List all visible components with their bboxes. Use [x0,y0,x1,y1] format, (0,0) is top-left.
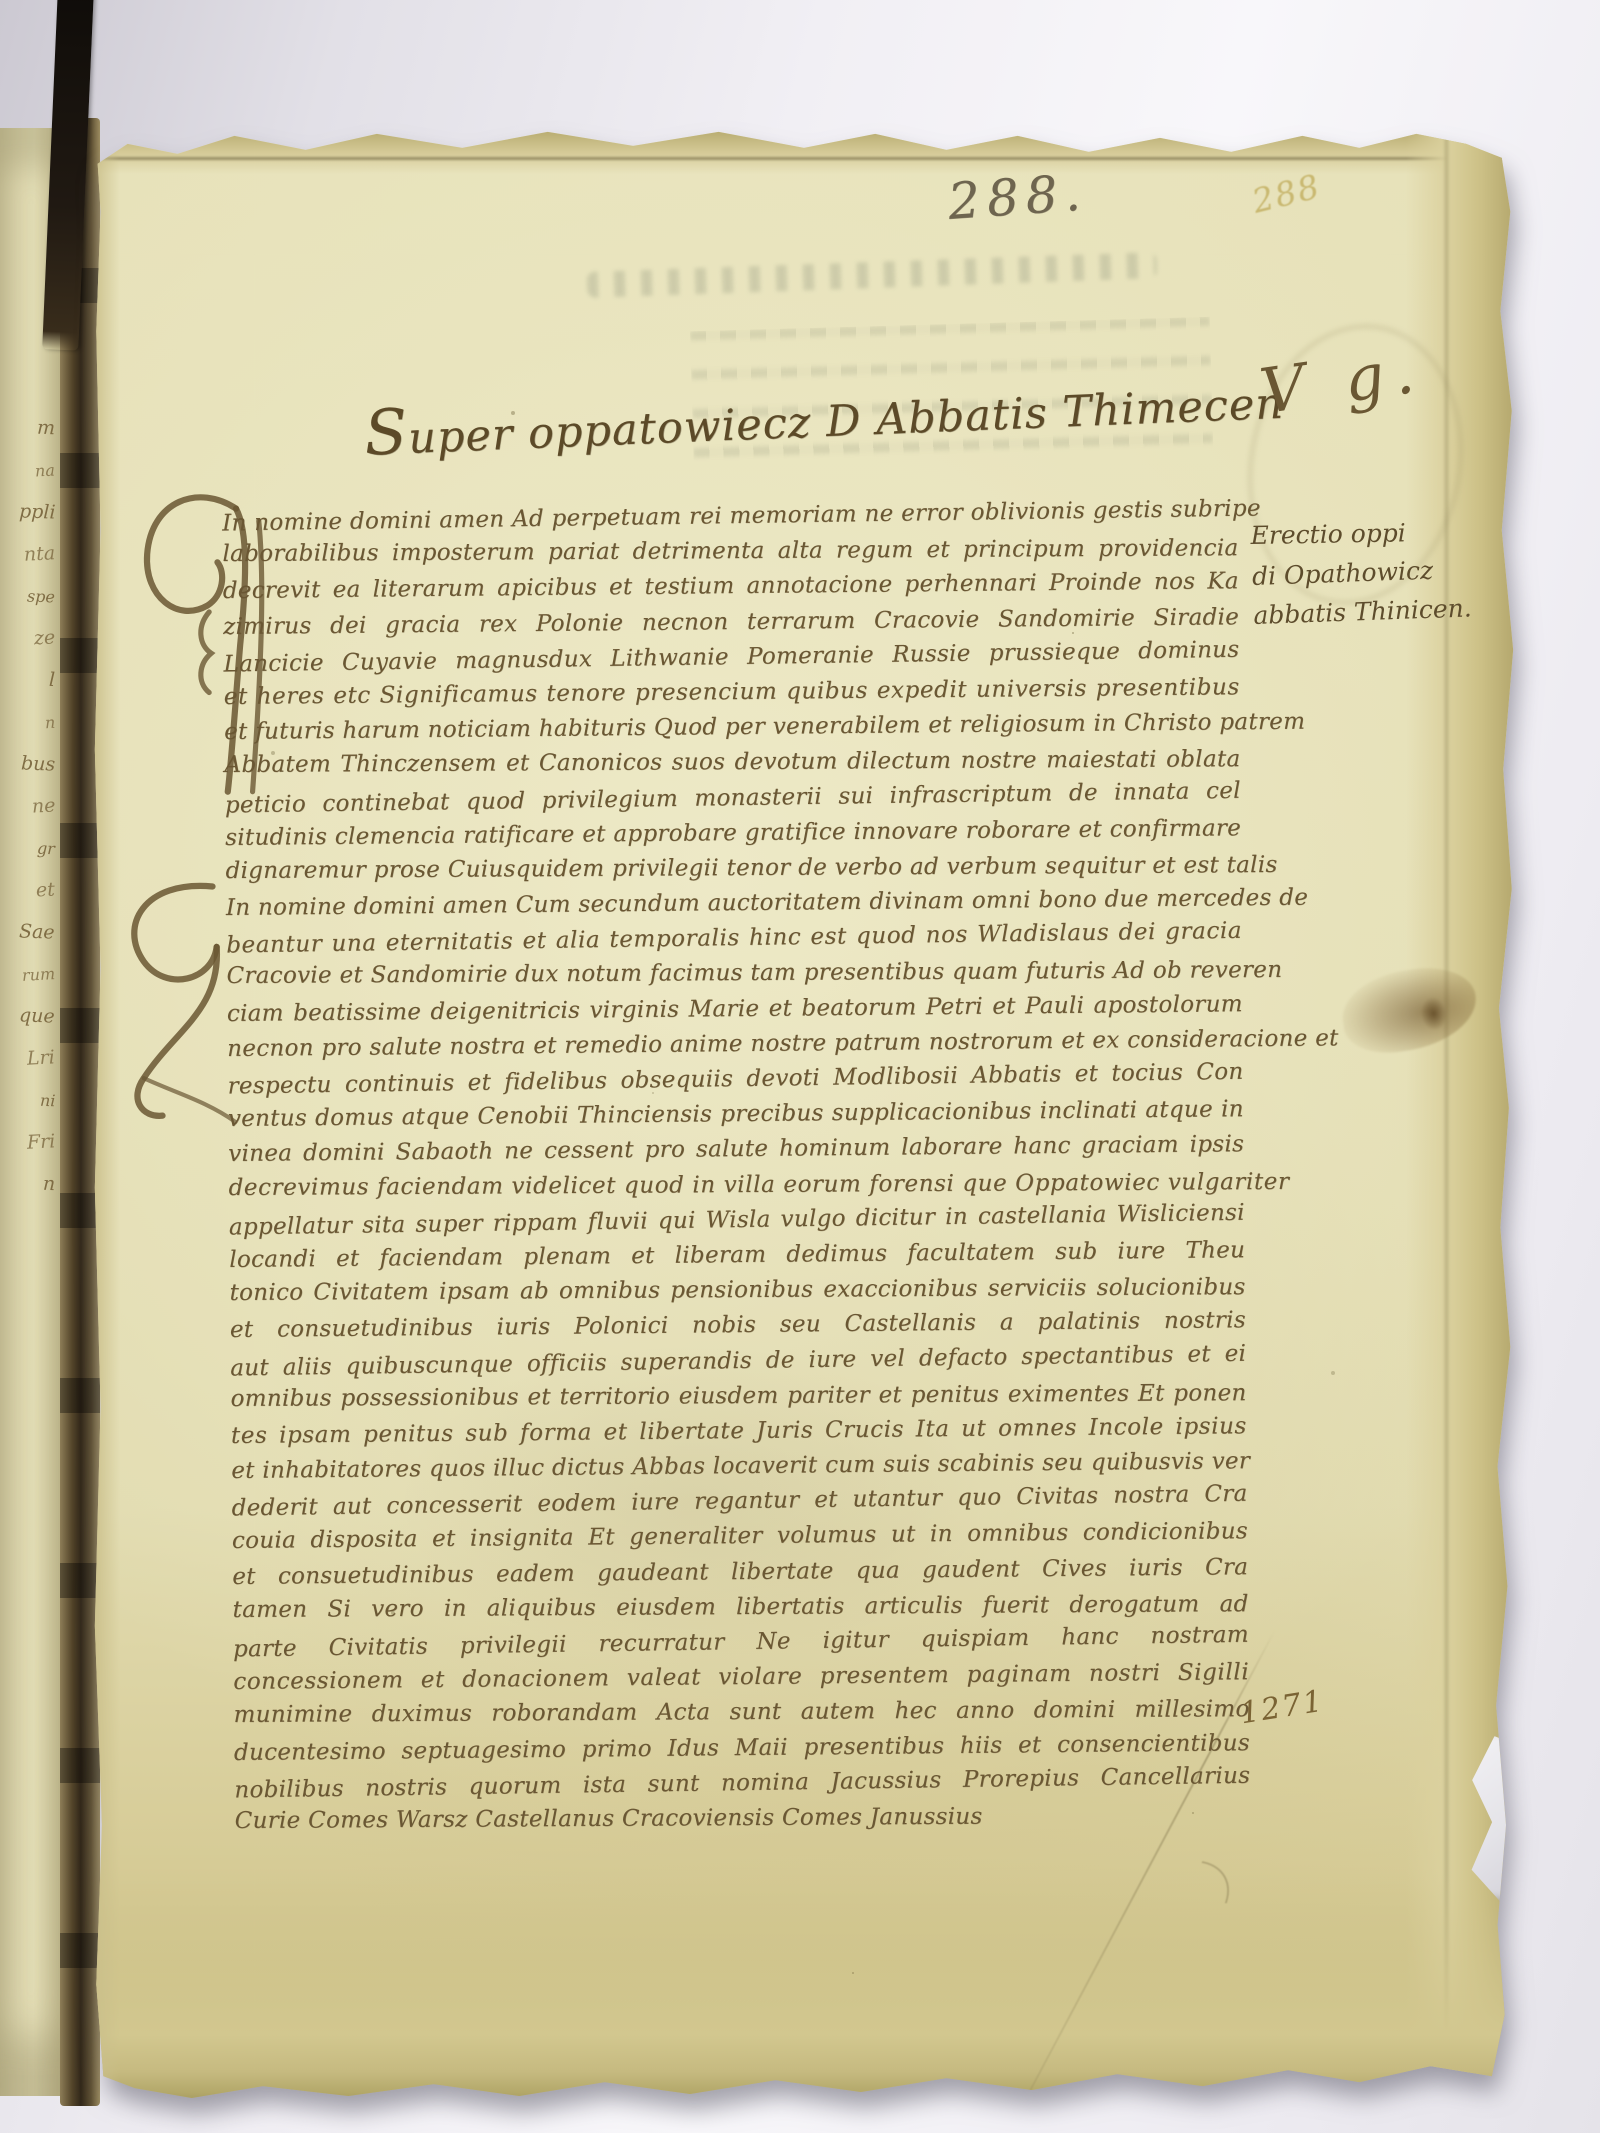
margin-note-line: abbatis Thinicen. [1253,588,1484,635]
body-line: munimine duximus roborandam Acta sunt au… [234,1693,1250,1734]
facing-page-text-fragment: ne [31,795,56,817]
facing-page-text-fragment: n [42,1174,55,1195]
folio-number: 288. [946,163,1089,231]
facing-page-text-fragment: ni [39,1090,55,1112]
parchment: 288. 288 6 Super oppatowiecz D Abbatis T… [92,112,1516,2104]
bleedthrough-ghost [587,252,1158,298]
marginal-signature: V g. [1256,333,1428,428]
margin-note: Erectio oppidi Opathowiczabbatis Thinice… [1250,510,1484,635]
margin-note-line: Erectio oppi [1250,512,1481,555]
deckled-top-edge [92,112,1516,174]
body-line: Curie Comes Warsz Castellanus Cracoviens… [235,1798,1251,1839]
body-line: Cracovie et Sandomirie dux notum facimus… [226,954,1242,995]
manuscript-page: 288. 288 6 Super oppatowiecz D Abbatis T… [92,112,1516,2104]
facing-page-text-fragment: Sae [19,921,55,943]
paper-specks [92,112,94,114]
body-text: In nomine domini amen Ad perpetuam rei m… [222,494,1251,1841]
body-line: omnibus possessionibus et territorio eiu… [230,1376,1246,1417]
facing-page-text-fragment: gr [37,838,56,860]
facing-page-text-fragment: rum [21,963,55,986]
deckled-bottom-edge [92,1874,1516,2104]
facing-page-text-fragment: et [36,880,56,902]
facing-page-text-fragment: n [44,712,55,734]
facing-page-text-fragment: ppli [18,501,55,523]
facing-page-text-fragment: Fri [26,1131,55,1153]
body-line: laborabilibus imposterum pariat detrimen… [222,531,1238,572]
pen-flourish-icon [110,874,240,1124]
manuscript-photo: mnapplintaspezelnbusnegretSaerumqueLrini… [0,0,1600,2133]
facing-page-text-fragment: na [35,459,56,481]
facing-page-text-fragment: bus [20,753,55,775]
facing-page-text-fragment: que [19,1005,55,1027]
facing-page-text-fragment: nta [23,543,55,566]
facing-page-text-fragment: l [49,670,56,691]
body-line: dignaremur prose Cuiusquidem privilegii … [225,848,1241,889]
margin-year: 1271 [1238,1684,1327,1732]
facing-page-text-fragment: ze [33,627,55,649]
facing-page-text-fragment: spe [27,586,56,608]
facing-page-edge: mnapplintaspezelnbusnegretSaerumqueLrini… [0,128,62,2096]
body-line: tonico Civitatem ipsam ab omnibus pensio… [229,1270,1245,1311]
facing-page-text-fragment: m [37,418,56,440]
facing-page-text-fragment: Lri [27,1047,56,1069]
chapter-heading: Super oppatowiecz D Abbatis Thimecen [363,363,1195,469]
folio-number-faint: 288 [1248,166,1324,221]
